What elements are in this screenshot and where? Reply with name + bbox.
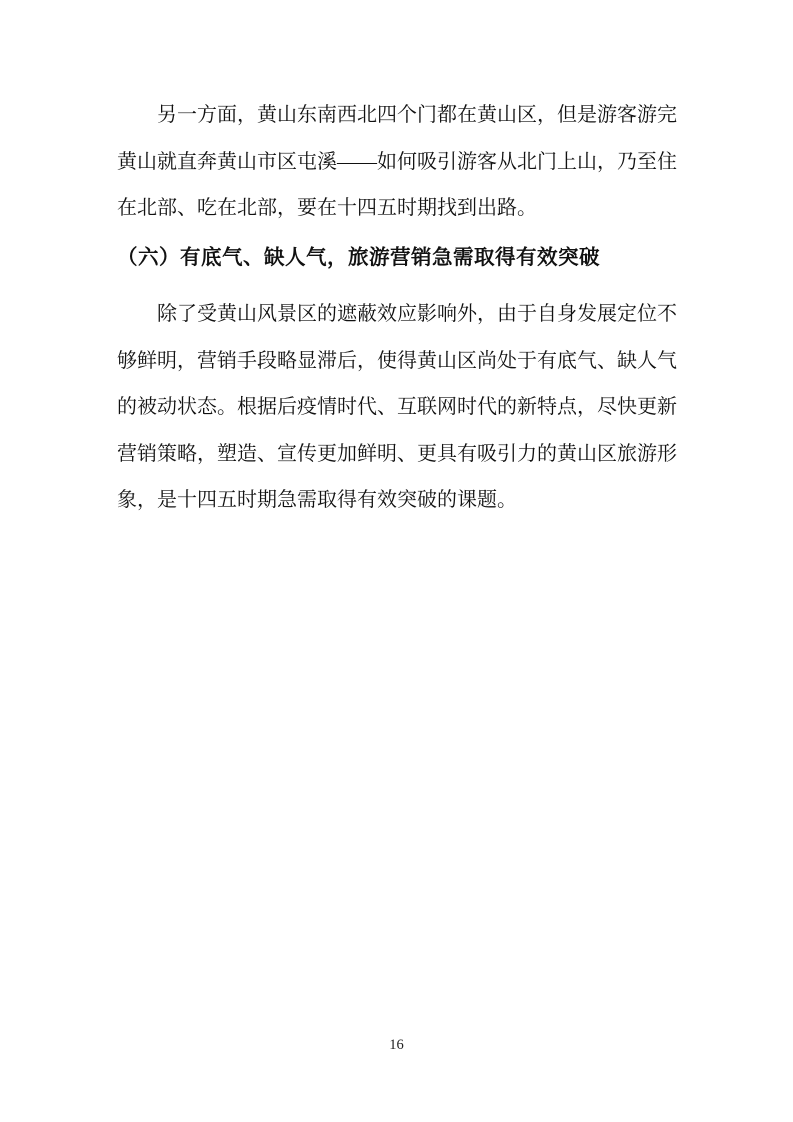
text-column: 另一方面，黄山东南西北四个门都在黄山区，但是游客游完黄山就直奔黄山市区屯溪——如… xyxy=(0,0,793,524)
section-heading-six: （六）有底气、缺人气，旅游营销急需取得有效突破 xyxy=(117,235,677,282)
page-number: 16 xyxy=(0,1036,793,1054)
paragraph-marketing: 除了受黄山风景区的遮蔽效应影响外，由于自身发展定位不够鲜明，营销手段略显滞后，使… xyxy=(117,291,677,524)
paragraph-north-gate: 另一方面，黄山东南西北四个门都在黄山区，但是游客游完黄山就直奔黄山市区屯溪——如… xyxy=(117,92,677,232)
document-page: 另一方面，黄山东南西北四个门都在黄山区，但是游客游完黄山就直奔黄山市区屯溪——如… xyxy=(0,0,793,1122)
